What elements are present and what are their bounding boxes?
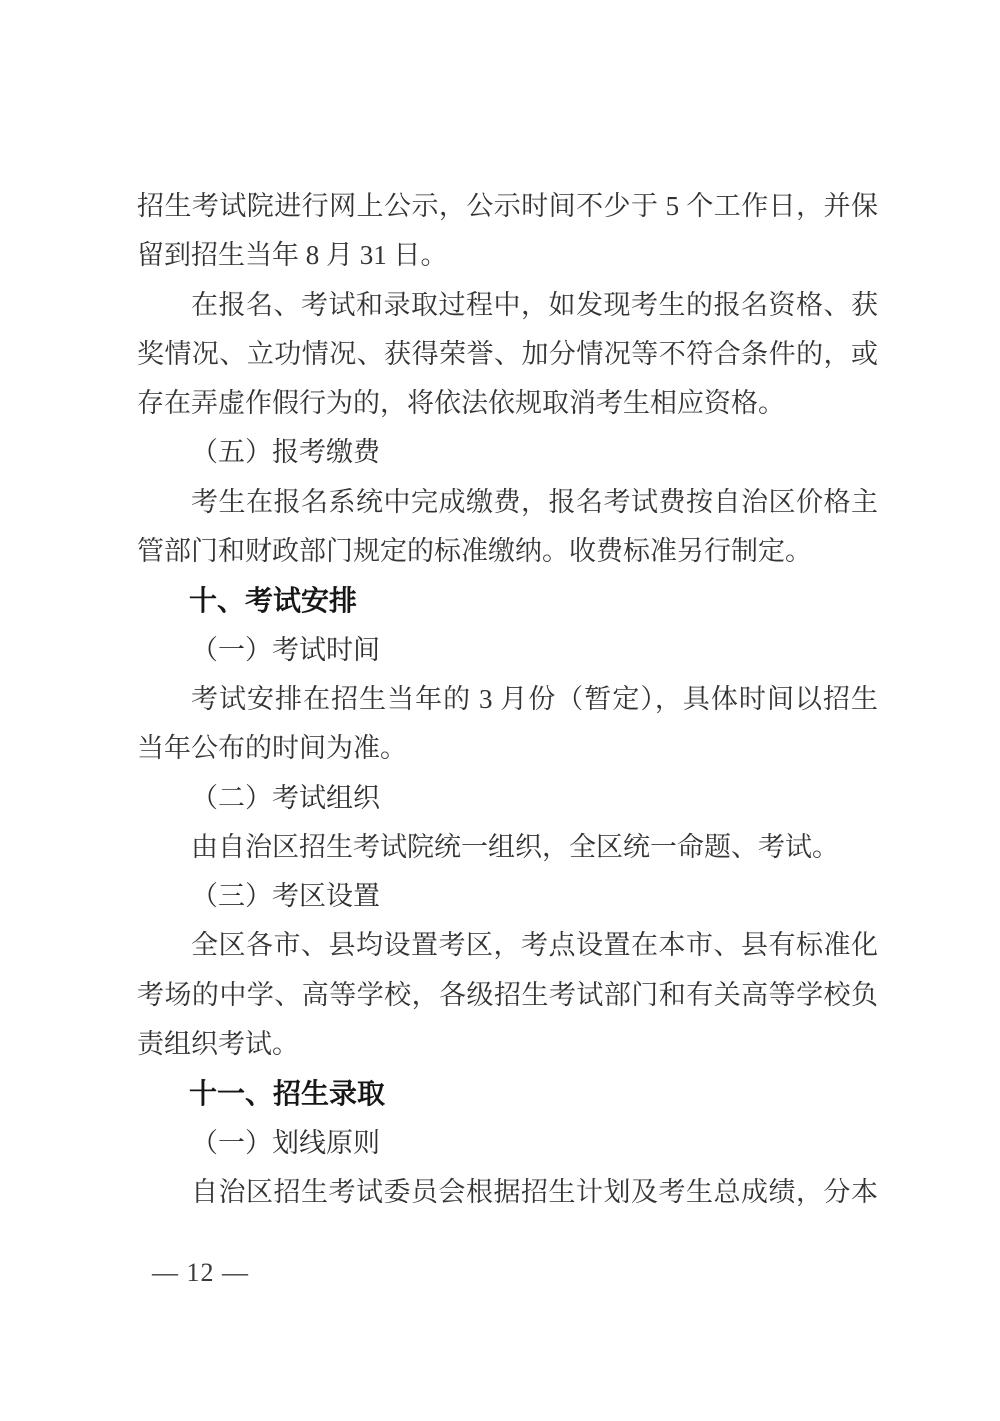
- text-line: 留到招生当年 8 月 31 日。: [137, 231, 878, 280]
- text-line: 由自治区招生考试院统一组织，全区统一命题、考试。: [137, 823, 878, 872]
- text-line: 招生考试院进行网上公示，公示时间不少于 5 个工作日，并保: [137, 182, 878, 231]
- text-line: 责组织考试。: [137, 1020, 878, 1069]
- para-disqualification: 在报名、考试和录取过程中，如发现考生的报名资格、获 奖情况、立功情况、获得荣誉、…: [137, 281, 878, 429]
- subhead-3-exam-districts: （三）考区设置: [137, 872, 878, 921]
- subhead-1-score-line-principle: （一）划线原则: [137, 1119, 878, 1168]
- text-line: 管部门和财政部门规定的标准缴纳。收费标准另行制定。: [137, 527, 878, 576]
- para-publicity-continuation: 招生考试院进行网上公示，公示时间不少于 5 个工作日，并保 留到招生当年 8 月…: [137, 182, 878, 281]
- page-number: — 12 —: [152, 1258, 249, 1288]
- subhead-2-exam-organization: （二）考试组织: [137, 774, 878, 823]
- text-line: 当年公布的时间为准。: [137, 724, 878, 773]
- para-exam-time: 考试安排在招生当年的 3 月份（暂定），具体时间以招生 当年公布的时间为准。: [137, 675, 878, 774]
- para-score-line: 自治区招生考试委员会根据招生计划及考生总成绩，分本: [137, 1168, 878, 1217]
- subhead-5-registration-payment: （五）报考缴费: [137, 428, 878, 477]
- text-line: 考试安排在招生当年的 3 月份（暂定），具体时间以招生: [137, 675, 878, 724]
- para-payment: 考生在报名系统中完成缴费，报名考试费按自治区价格主 管部门和财政部门规定的标准缴…: [137, 478, 878, 577]
- text-line: 存在弄虚作假行为的，将依法依规取消考生相应资格。: [137, 379, 878, 428]
- text-line: 考生在报名系统中完成缴费，报名考试费按自治区价格主: [137, 478, 878, 527]
- text-line: 自治区招生考试委员会根据招生计划及考生总成绩，分本: [137, 1168, 878, 1217]
- para-exam-districts: 全区各市、县均设置考区，考点设置在本市、县有标准化 考场的中学、高等学校，各级招…: [137, 921, 878, 1069]
- heading-10-exam-arrangement: 十、考试安排: [137, 576, 878, 625]
- text-line: 全区各市、县均设置考区，考点设置在本市、县有标准化: [137, 921, 878, 970]
- text-line: 考场的中学、高等学校，各级招生考试部门和有关高等学校负: [137, 971, 878, 1020]
- text-line: 在报名、考试和录取过程中，如发现考生的报名资格、获: [137, 281, 878, 330]
- para-exam-organization: 由自治区招生考试院统一组织，全区统一命题、考试。: [137, 823, 878, 872]
- heading-11-admission: 十一、招生录取: [137, 1069, 878, 1118]
- subhead-1-exam-time: （一）考试时间: [137, 626, 878, 675]
- text-line: 奖情况、立功情况、获得荣誉、加分情况等不符合条件的，或: [137, 330, 878, 379]
- document-page: 招生考试院进行网上公示，公示时间不少于 5 个工作日，并保 留到招生当年 8 月…: [0, 0, 1000, 1421]
- document-body: 招生考试院进行网上公示，公示时间不少于 5 个工作日，并保 留到招生当年 8 月…: [137, 182, 878, 1217]
